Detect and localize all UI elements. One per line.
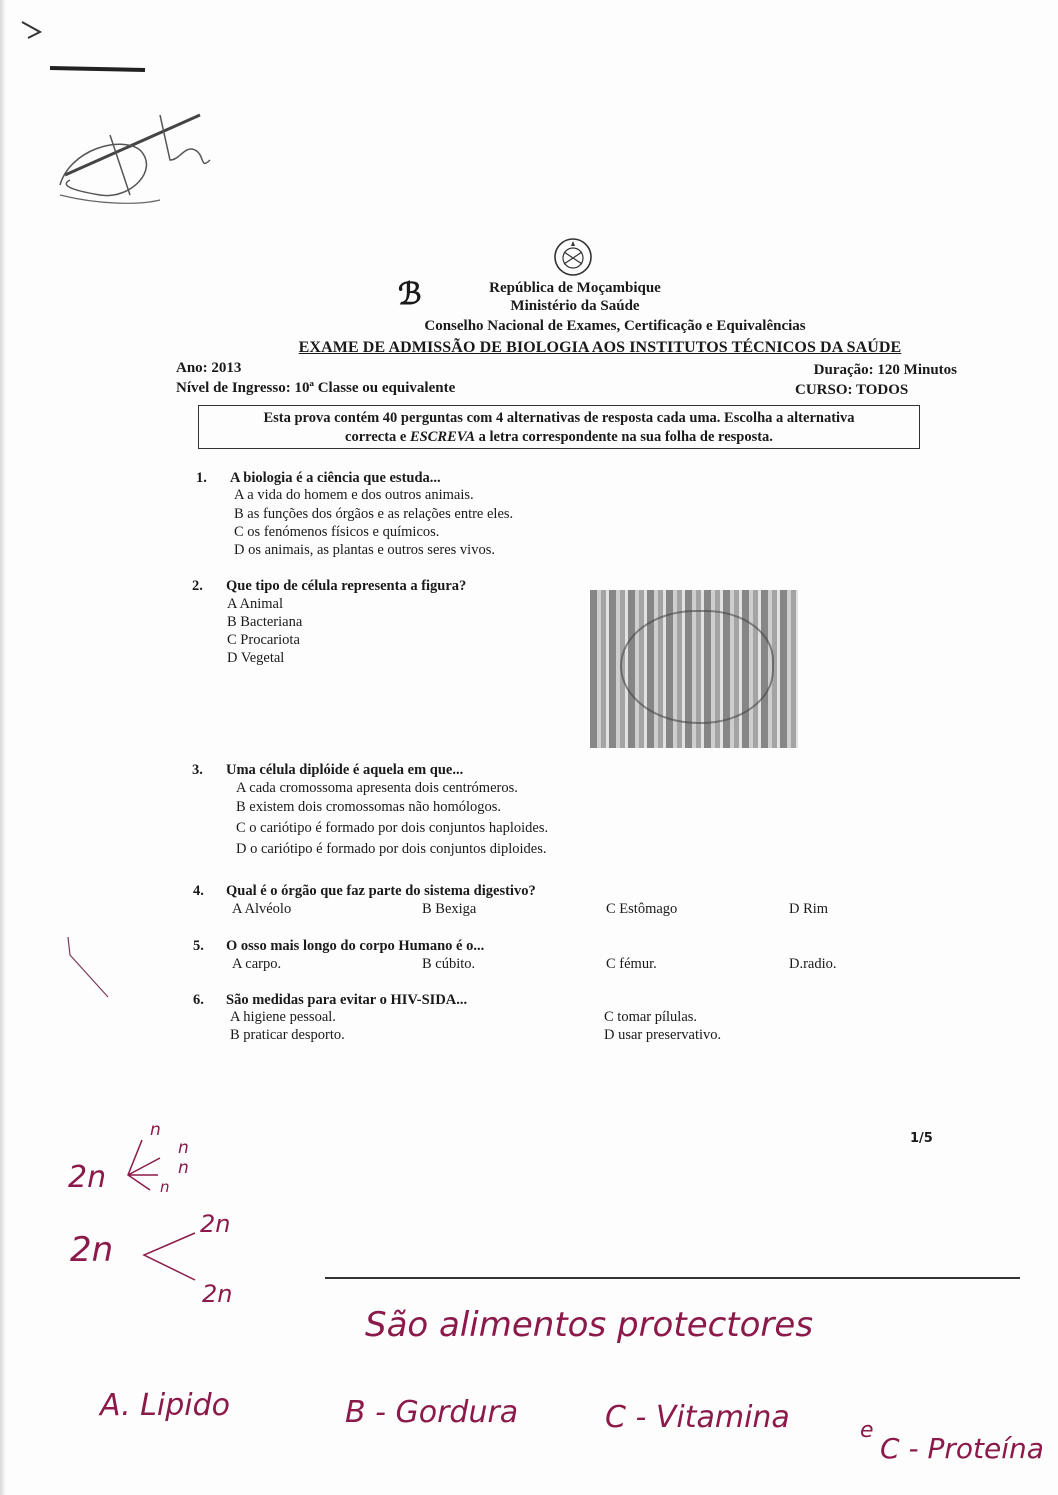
- handwritten-diagram1-left: 2n: [68, 1160, 106, 1195]
- handwritten-n-4: n: [160, 1178, 170, 1196]
- question-3-option-d: D o cariótipo é formado por dois conjunt…: [236, 841, 547, 858]
- instructions-line2: correcta e ESCREVA a letra correspondent…: [199, 428, 919, 447]
- handwritten-option-a: A. Lipido: [100, 1388, 230, 1423]
- handwritten-arrows-1: [120, 1130, 180, 1200]
- question-4-number: 4.: [193, 882, 204, 900]
- question-5-text: O osso mais longo do corpo Humano é o...: [226, 937, 484, 955]
- question-2-option-c: C Procariota: [227, 632, 300, 649]
- question-4-option-c: C Estômago: [606, 901, 677, 918]
- header-country: República de Moçambique: [425, 280, 725, 297]
- question-1-option-d: D os animais, as plantas e outros seres …: [234, 542, 495, 559]
- handwritten-question: São alimentos protectores: [365, 1305, 813, 1345]
- signature-mark: [10, 10, 250, 210]
- handwritten-n-1: n: [150, 1120, 161, 1140]
- coat-of-arms-emblem: [552, 236, 594, 278]
- exam-title: EXAME DE ADMISSÃO DE BIOLOGIA AOS INSTIT…: [270, 339, 930, 357]
- page-number: 1/5: [910, 1131, 933, 1146]
- handwritten-option-b: B - Gordura: [345, 1395, 518, 1430]
- question-6-option-c: C tomar pílulas.: [604, 1009, 697, 1026]
- question-5-option-b: B cúbito.: [422, 956, 475, 973]
- handwritten-2n-bottom: 2n: [202, 1280, 232, 1308]
- question-2-number: 2.: [192, 577, 203, 595]
- handwritten-2n-top: 2n: [200, 1210, 230, 1238]
- question-3-option-a: A cada cromossoma apresenta dois centróm…: [236, 780, 518, 797]
- question-5-number: 5.: [193, 937, 204, 955]
- handwritten-diagram2-left: 2n: [70, 1230, 113, 1270]
- question-4-option-d: D Rim: [789, 901, 828, 918]
- question-4-text: Qual é o órgão que faz parte do sistema …: [226, 882, 536, 900]
- exam-duration: Duração: 120 Minutos: [795, 362, 957, 379]
- instructions-box: Esta prova contém 40 perguntas com 4 alt…: [198, 405, 920, 449]
- handwritten-n-3: n: [178, 1158, 189, 1178]
- question-1-text: A biologia é a ciência que estuda...: [230, 469, 441, 487]
- question-1-option-b: B as funções dos órgãos e as relações en…: [234, 506, 513, 523]
- question-6-option-a: A higiene pessoal.: [230, 1009, 336, 1026]
- question-6-option-d: D usar preservativo.: [604, 1027, 721, 1044]
- question-6-option-b: B praticar desporto.: [230, 1027, 345, 1044]
- scan-edge: [0, 0, 6, 1495]
- question-5-option-d: D.radio.: [789, 956, 837, 973]
- question-4-option-a: A Alvéolo: [232, 901, 291, 918]
- header-ministry: Ministério da Saúde: [425, 298, 725, 315]
- question-5-option-c: C fémur.: [606, 956, 657, 973]
- question-2-option-a: A Animal: [227, 596, 283, 613]
- institution-logo: ℬ: [398, 277, 422, 312]
- exam-year: Ano: 2013: [176, 360, 241, 377]
- question-5-option-a: A carpo.: [232, 956, 281, 973]
- question-1: 1.: [196, 469, 207, 487]
- question-3-text: Uma célula diplóide é aquela em que...: [226, 761, 463, 779]
- question-3-option-c: C o cariótipo é formado por dois conjunt…: [236, 820, 548, 837]
- question-6-number: 6.: [193, 991, 204, 1009]
- handwritten-n-2: n: [178, 1138, 189, 1158]
- question-3-number: 3.: [192, 761, 203, 779]
- handwritten-conjunction: e: [860, 1418, 874, 1443]
- pen-mark: [60, 935, 120, 1005]
- question-1-option-c: C os fenómenos físicos e químicos.: [234, 524, 439, 541]
- question-3-option-b: B existem dois cromossomas não homólogos…: [236, 799, 501, 816]
- entry-level: Nível de Ingresso: 10ª Classe ou equival…: [176, 380, 455, 397]
- instructions-line1: Esta prova contém 40 perguntas com 4 alt…: [199, 409, 919, 428]
- handwritten-option-c: C - Vitamina: [605, 1400, 790, 1435]
- handwritten-option-c2: C - Proteína: [880, 1432, 1044, 1465]
- header-council: Conselho Nacional de Exames, Certificaçã…: [330, 318, 900, 335]
- question-6-text: São medidas para evitar o HIV-SIDA...: [226, 991, 467, 1009]
- question-2-option-d: D Vegetal: [227, 650, 284, 667]
- question-2-text: Que tipo de célula representa a figura?: [226, 577, 466, 595]
- exam-course: CURSO: TODOS: [795, 382, 925, 399]
- question-2-option-b: B Bacteriana: [227, 614, 302, 631]
- question-4-option-b: B Bexiga: [422, 901, 476, 918]
- separator-line: [325, 1277, 1020, 1279]
- cell-figure-image: [590, 590, 798, 748]
- question-1-option-a: A a vida do homem e dos outros animais.: [234, 487, 474, 504]
